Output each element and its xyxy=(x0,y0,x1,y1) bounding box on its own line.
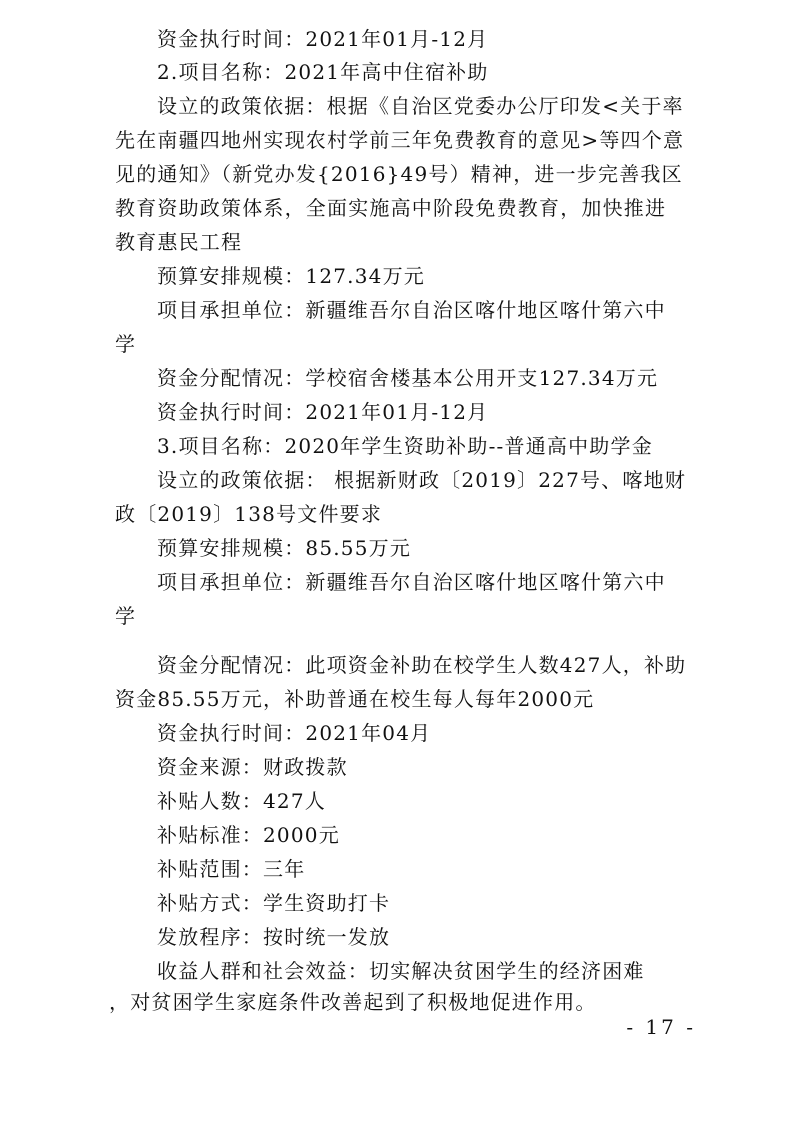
text-line: 预算安排规模：127.34万元 xyxy=(157,263,425,289)
text-line: 设立的政策依据：根据《自治区党委办公厅印发<关于率 xyxy=(157,93,684,119)
text-line: 资金执行时间：2021年04月 xyxy=(157,720,431,746)
text-line: 学 xyxy=(115,331,136,357)
text-line: 预算安排规模：85.55万元 xyxy=(157,535,411,561)
text-line: 项目承担单位：新疆维吾尔自治区喀什地区喀什第六中 xyxy=(157,569,666,595)
text-line: 项目承担单位：新疆维吾尔自治区喀什地区喀什第六中 xyxy=(157,297,666,323)
project-title: 2.项目名称：2021年高中住宿补助 xyxy=(157,59,489,85)
text-line: 见的通知》（新党办发{2016}49号）精神，进一步完善我区 xyxy=(115,161,683,187)
text-line: 补贴范围：三年 xyxy=(157,856,305,882)
text-line: 教育惠民工程 xyxy=(115,229,242,255)
text-line: 资金分配情况：学校宿舍楼基本公用开支127.34万元 xyxy=(157,365,658,391)
text-line: 学 xyxy=(115,603,136,629)
text-line: 资金85.55万元，补助普通在校生每人每年2000元 xyxy=(115,686,594,712)
text-line: 补贴标准：2000元 xyxy=(157,822,340,848)
project-title: 3.项目名称：2020年学生资助补助--普通高中助学金 xyxy=(157,433,653,459)
text-line: 资金分配情况：此项资金补助在校学生人数427人，补助 xyxy=(157,652,686,678)
text-line: 补贴人数：427人 xyxy=(157,788,326,814)
text-line: 发放程序：按时统一发放 xyxy=(157,924,390,950)
text-line: 教育资助政策体系，全面实施高中阶段免费教育，加快推进 xyxy=(115,195,666,221)
text-line: 政〔2019〕138号文件要求 xyxy=(115,501,382,527)
text-line: 设立的政策依据： 根据新财政〔2019〕227号、喀地财 xyxy=(157,467,686,493)
text-line: 收益人群和社会效益：切实解决贫困学生的经济困难 xyxy=(157,958,645,984)
text-line: 资金执行时间：2021年01月-12月 xyxy=(157,26,488,52)
text-line: 补贴方式：学生资助打卡 xyxy=(157,890,390,916)
text-line: 资金执行时间：2021年01月-12月 xyxy=(157,399,488,425)
page-number: - 17 - xyxy=(626,1015,696,1039)
text-line: ，对贫困学生家庭条件改善起到了积极地促进作用。 xyxy=(109,989,597,1015)
text-line: 先在南疆四地州实现农村学前三年免费教育的意见>等四个意 xyxy=(115,127,684,153)
text-line: 资金来源：财政拨款 xyxy=(157,754,348,780)
